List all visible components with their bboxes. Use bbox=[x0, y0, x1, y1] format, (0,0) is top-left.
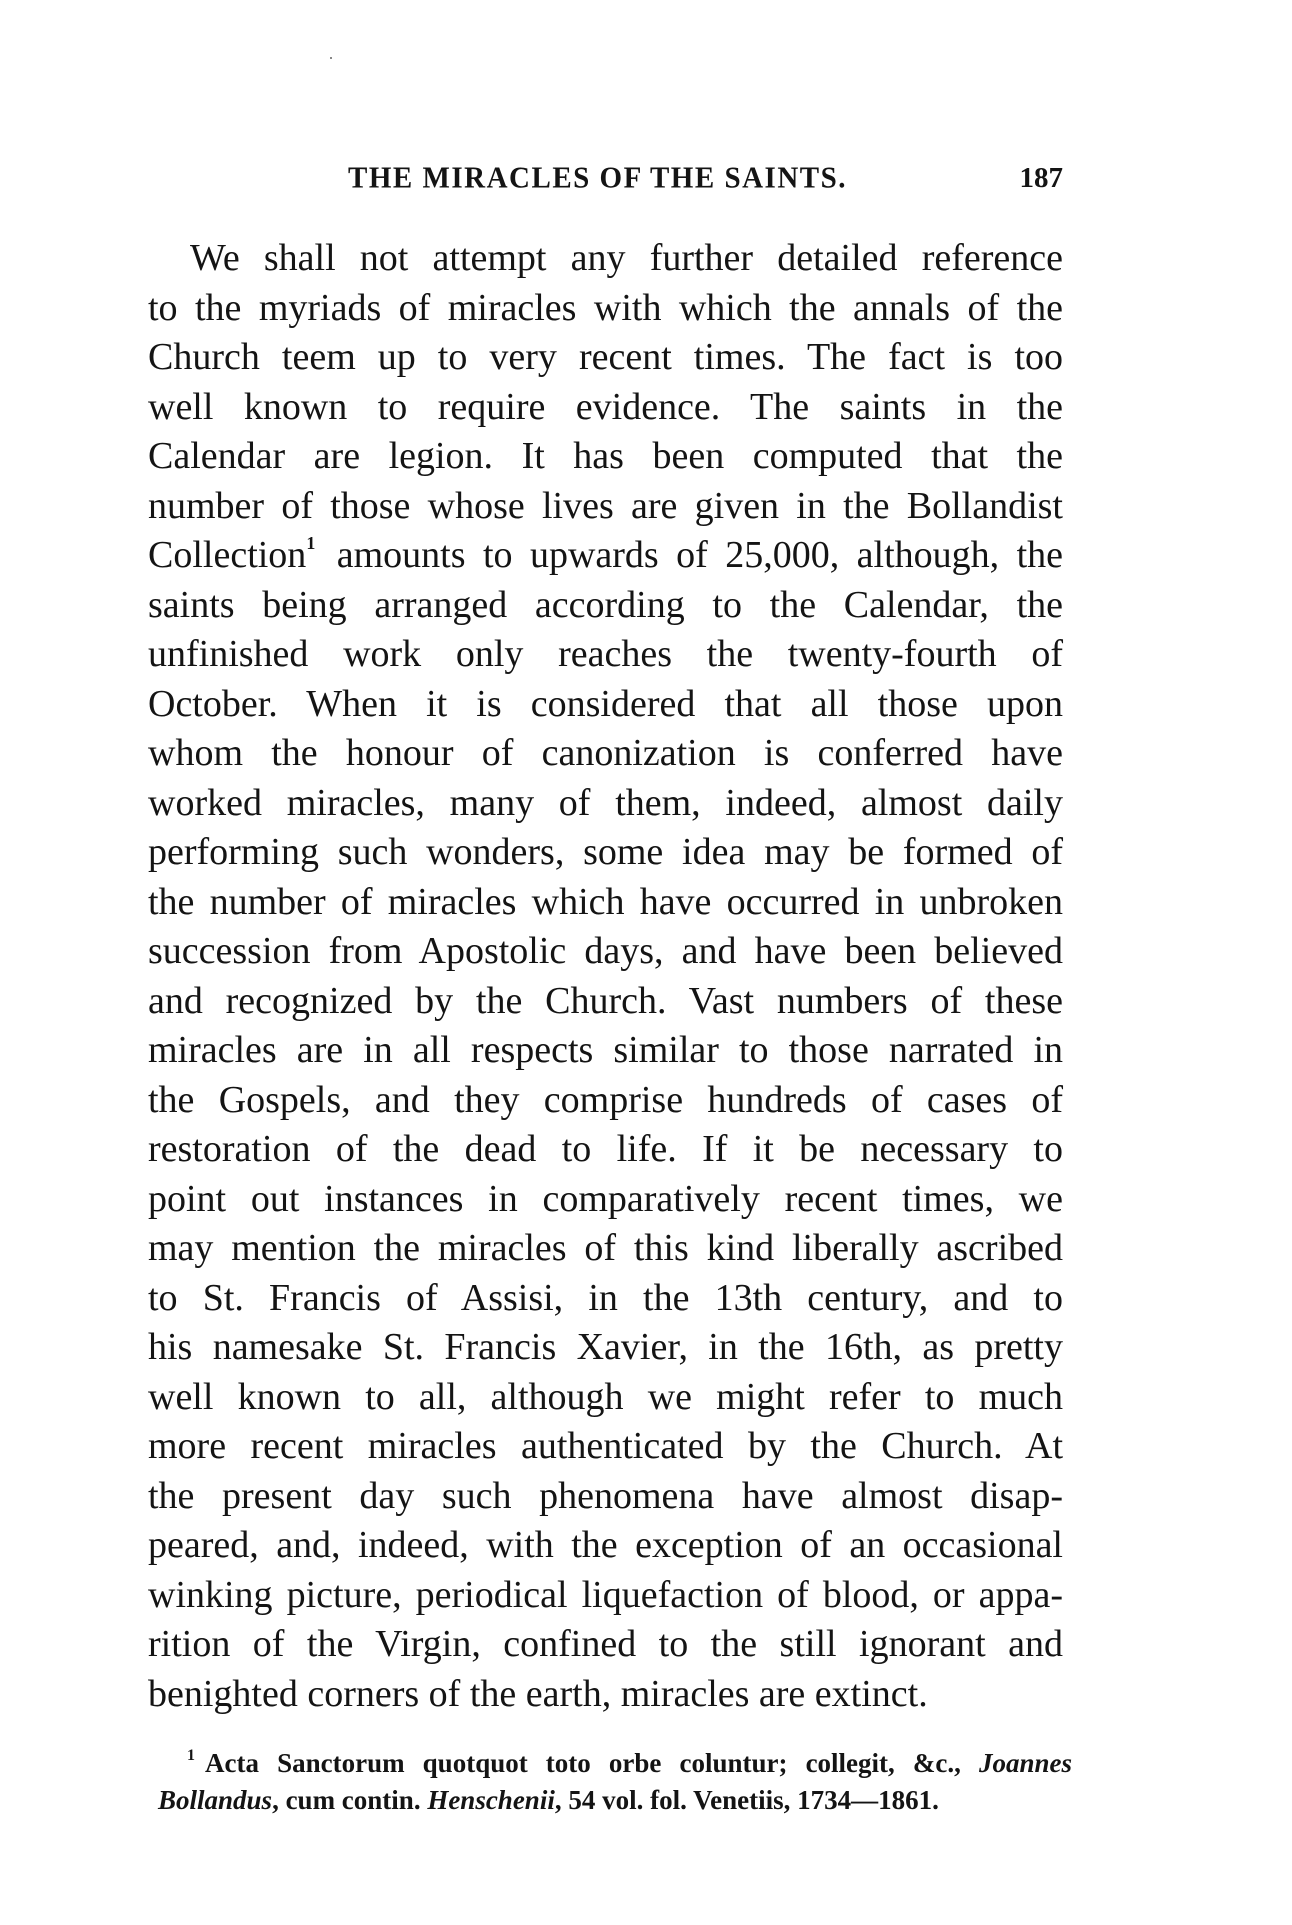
text-fragment: amounts to upwards of 25,000, although, … bbox=[337, 534, 1063, 576]
page-number: 187 bbox=[1020, 160, 1064, 196]
text-line-with-footnote-ref: Collection1 amounts to upwards of 25,000… bbox=[148, 531, 1063, 581]
text-line: peared, and, indeed, with the exception … bbox=[148, 1521, 1063, 1571]
text-line: his namesake St. Francis Xavier, in the … bbox=[148, 1323, 1063, 1373]
footnote-italic: Joannes bbox=[979, 1748, 1072, 1778]
text-line: the present day such phenomena have almo… bbox=[148, 1472, 1063, 1522]
text-line: performing such wonders, some idea may b… bbox=[148, 828, 1063, 878]
text-line: succession from Apostolic days, and have… bbox=[148, 927, 1063, 977]
text-line: We shall not attempt any further detaile… bbox=[148, 234, 1063, 284]
text-line: whom the honour of canonization is confe… bbox=[148, 729, 1063, 779]
text-line: and recognized by the Church. Vast numbe… bbox=[148, 977, 1063, 1027]
footnote-marker: 1 bbox=[187, 1747, 195, 1764]
running-head: THE MIRACLES OF THE SAINTS. 187 bbox=[148, 160, 1063, 196]
footnote-text: , cum contin. bbox=[272, 1785, 421, 1815]
footnote-line: Bollandus, cum contin. Henschenii, 54 vo… bbox=[158, 1782, 1072, 1819]
text-line: miracles are in all respects similar to … bbox=[148, 1026, 1063, 1076]
text-line: October. When it is considered that all … bbox=[148, 680, 1063, 730]
text-line: the number of miracles which have occurr… bbox=[148, 878, 1063, 928]
text-line: may mention the miracles of this kind li… bbox=[148, 1224, 1063, 1274]
footnote-italic: Henschenii bbox=[427, 1785, 555, 1815]
text-line: Calendar are legion. It has been compute… bbox=[148, 432, 1063, 482]
text-line: point out instances in comparatively rec… bbox=[148, 1175, 1063, 1225]
text-line: to St. Francis of Assisi, in the 13th ce… bbox=[148, 1274, 1063, 1324]
text-fragment: Collection bbox=[148, 534, 306, 576]
footnote-line: 1Acta Sanctorum quotquot toto orbe colun… bbox=[158, 1745, 1072, 1782]
scan-speck bbox=[330, 57, 332, 59]
text-line: restoration of the dead to life. If it b… bbox=[148, 1125, 1063, 1175]
text-line: the Gospels, and they comprise hundreds … bbox=[148, 1076, 1063, 1126]
text-line: number of those whose lives are given in… bbox=[148, 482, 1063, 532]
text-line: worked miracles, many of them, indeed, a… bbox=[148, 779, 1063, 829]
text-line: winking picture, periodical liquefaction… bbox=[148, 1571, 1063, 1621]
book-page: THE MIRACLES OF THE SAINTS. 187 We shall… bbox=[0, 0, 1292, 1925]
text-line: benighted corners of the earth, miracles… bbox=[148, 1670, 1063, 1720]
footnote-reference[interactable]: 1 bbox=[306, 533, 315, 553]
text-line: saints being arranged according to the C… bbox=[148, 581, 1063, 631]
text-line: well known to all, although we might ref… bbox=[148, 1373, 1063, 1423]
footnote-text: Acta Sanctorum quotquot toto orbe colunt… bbox=[205, 1748, 961, 1778]
running-title: THE MIRACLES OF THE SAINTS. bbox=[348, 159, 847, 197]
text-line: well known to require evidence. The sain… bbox=[148, 383, 1063, 433]
text-line: unfinished work only reaches the twenty-… bbox=[148, 630, 1063, 680]
text-line: more recent miracles authenticated by th… bbox=[148, 1422, 1063, 1472]
text-line: rition of the Virgin, confined to the st… bbox=[148, 1620, 1063, 1670]
text-line: Church teem up to very recent times. The… bbox=[148, 333, 1063, 383]
footnote-text: , 54 vol. fol. Venetiis, 1734—1861. bbox=[555, 1785, 939, 1815]
body-paragraph: We shall not attempt any further detaile… bbox=[148, 234, 1063, 1719]
footnote: 1Acta Sanctorum quotquot toto orbe colun… bbox=[158, 1745, 1072, 1819]
text-line: to the myriads of miracles with which th… bbox=[148, 284, 1063, 334]
footnote-italic: Bollandus bbox=[158, 1785, 272, 1815]
